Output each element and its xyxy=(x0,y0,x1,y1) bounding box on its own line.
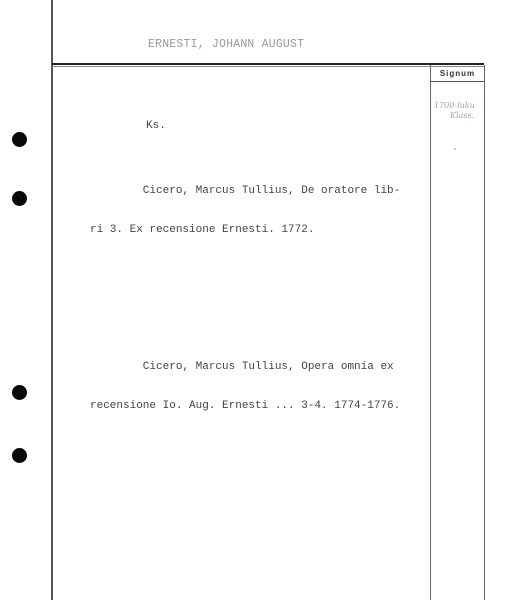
left-margin-line xyxy=(51,0,53,600)
punch-hole xyxy=(12,132,27,147)
entry-line: ri 3. Ex recensione Ernesti. 1772. xyxy=(90,224,430,237)
catalog-body: Ks. Cicero, Marcus Tullius, De oratore l… xyxy=(90,94,430,452)
signum-ditto: " xyxy=(453,147,457,156)
punch-hole xyxy=(12,448,27,463)
heading-rule-thin xyxy=(52,66,484,67)
heading-rule xyxy=(52,63,484,65)
signum-column: Signum xyxy=(430,65,485,600)
punch-hole xyxy=(12,191,27,206)
entry-line: recensione Io. Aug. Ernesti ... 3-4. 177… xyxy=(90,400,430,413)
signum-handwritten: 1700-luku xyxy=(434,101,475,110)
signum-handwritten: Klass. xyxy=(450,111,474,120)
catalog-entry: Cicero, Marcus Tullius, Opera omnia ex r… xyxy=(90,335,430,439)
entry-line: Cicero, Marcus Tullius, De oratore lib- xyxy=(90,185,430,198)
location-code: Ks. xyxy=(90,120,430,133)
card-heading: ERNESTI, JOHANN AUGUST xyxy=(148,38,304,51)
signum-header: Signum xyxy=(431,65,484,82)
catalog-entry: Cicero, Marcus Tullius, De oratore lib- … xyxy=(90,159,430,263)
punch-hole xyxy=(12,385,27,400)
entry-line: Cicero, Marcus Tullius, Opera omnia ex xyxy=(90,361,430,374)
